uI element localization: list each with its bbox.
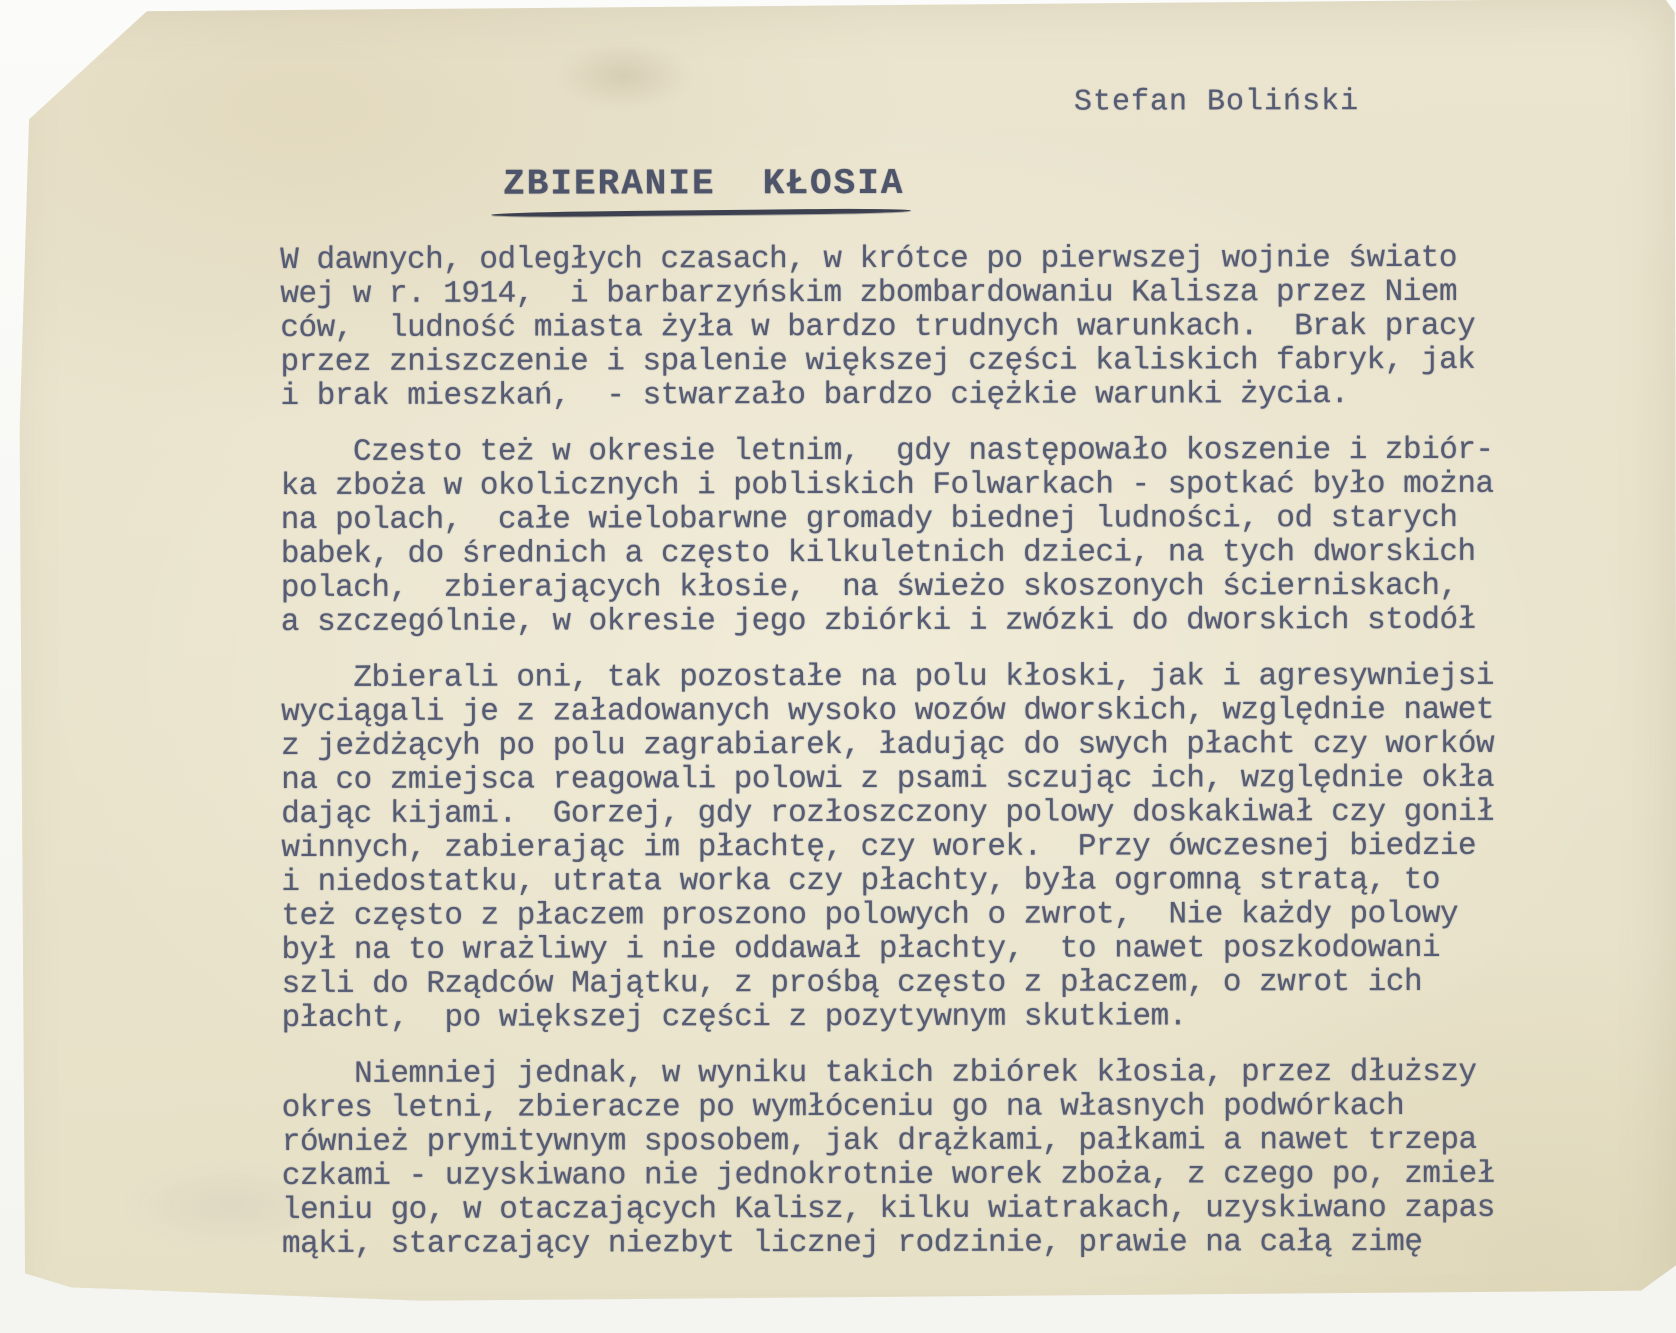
scan-background: Stefan Boliński ZBIERANIE KŁOSIA W dawny… <box>0 0 1676 1333</box>
author-name: Stefan Boliński <box>1074 85 1359 119</box>
paragraph-4: Niemniej jednak, w wyniku takich zbiórek… <box>282 1056 1582 1262</box>
document-page: Stefan Boliński ZBIERANIE KŁOSIA W dawny… <box>0 0 1676 1333</box>
paragraph-3: Zbierali oni, tak pozostałe na polu kłos… <box>281 660 1582 1036</box>
paper-smudge <box>554 40 694 110</box>
document-body: W dawnych, odległych czasach, w krótce p… <box>280 242 1582 1284</box>
title-underline <box>491 208 911 217</box>
document-title: ZBIERANIE KŁOSIA <box>503 163 904 205</box>
paragraph-1: W dawnych, odległych czasach, w krótce p… <box>280 242 1580 414</box>
paragraph-2: Czesto też w okresie letnim, gdy następo… <box>281 434 1581 640</box>
